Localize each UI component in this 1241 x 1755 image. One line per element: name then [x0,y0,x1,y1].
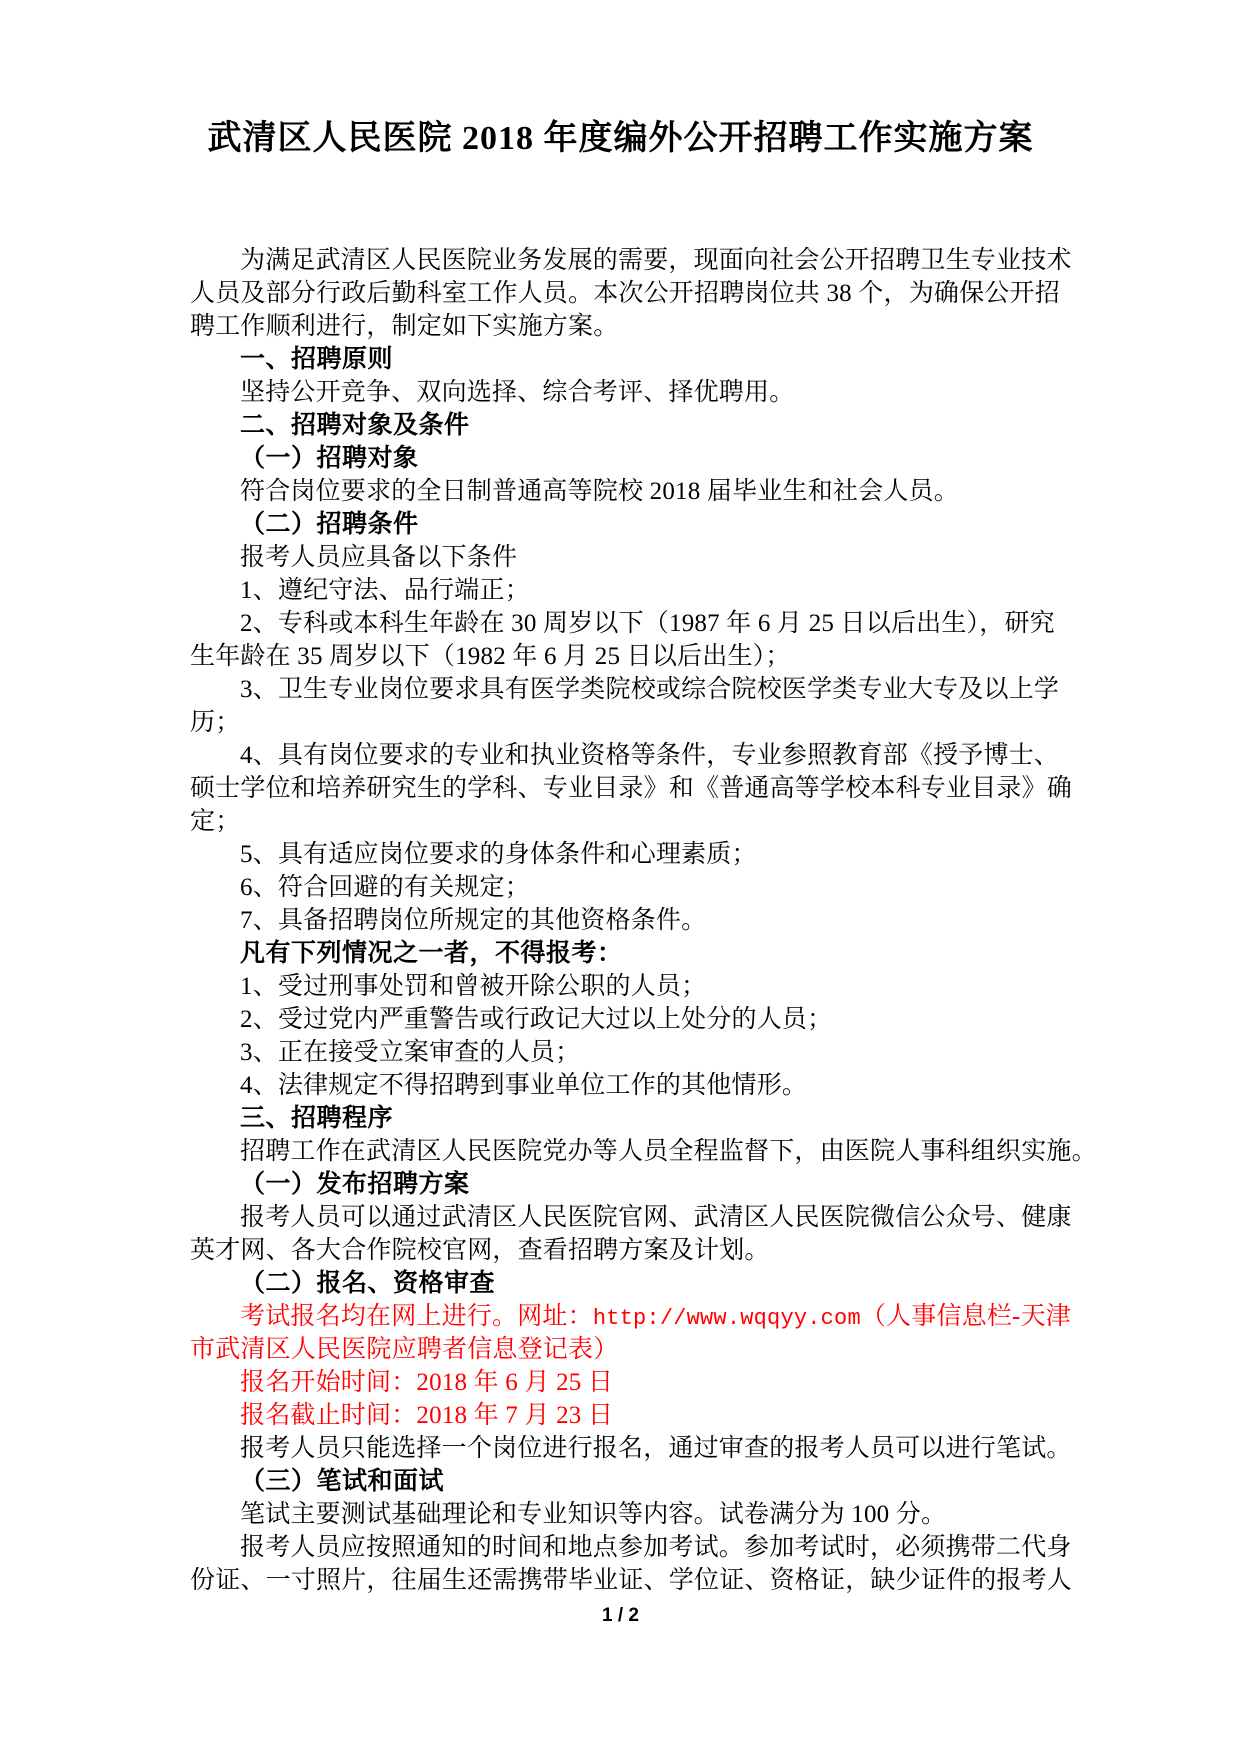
text-line: 4、具有岗位要求的专业和执业资格等条件，专业参照教育部《授予博士、 [190,739,1125,772]
text-segment: 人员及部分行政后勤科室工作人员。本次公开招聘岗位共 38 个，为确保公开招 [190,280,1060,307]
text-line: 报名截止时间：2018 年 7 月 23 日 [190,1399,1125,1432]
text-segment: 生年龄在 35 周岁以下（1982 年 6 月 25 日以后出生）； [190,643,791,670]
text-line: 定； [190,805,1125,838]
text-segment: 7、具备招聘岗位所规定的其他资格条件。 [240,907,706,934]
text-line: 2、受过党内严重警告或行政记大过以上处分的人员； [190,1003,1125,1036]
text-line: 笔试主要测试基础理论和专业知识等内容。试卷满分为 100 分。 [190,1498,1125,1531]
text-segment: 一、招聘原则 [240,345,393,373]
text-line: 历； [190,706,1125,739]
text-segment: 2、受过党内严重警告或行政记大过以上处分的人员； [240,1006,832,1033]
text-line: 生年龄在 35 周岁以下（1982 年 6 月 25 日以后出生）； [190,640,1125,673]
text-segment: 报考人员应具备以下条件 [240,544,517,571]
text-line: 报考人员只能选择一个岗位进行报名，通过审查的报考人员可以进行笔试。 [190,1432,1125,1465]
text-line: 英才网、各大合作院校官网，查看招聘方案及计划。 [190,1234,1125,1267]
text-segment: 报名截止时间：2018 年 7 月 23 日 [240,1402,613,1429]
text-line: 4、法律规定不得招聘到事业单位工作的其他情形。 [190,1069,1125,1102]
text-line: 6、符合回避的有关规定； [190,871,1125,904]
text-segment: 5、具有适应岗位要求的身体条件和心理素质； [240,841,757,868]
text-line: 二、招聘对象及条件 [190,409,1125,442]
text-line: 市武清区人民医院应聘者信息登记表） [190,1333,1125,1366]
page-number: 1 / 2 [0,1603,1241,1629]
text-segment: （一）招聘对象 [240,444,419,472]
text-segment: （一）发布招聘方案 [240,1170,470,1198]
text-segment: 招聘工作在武清区人民医院党办等人员全程监督下，由医院人事科组织实施。 [240,1138,1097,1165]
text-line: （一）招聘对象 [190,442,1125,475]
text-segment: 3、正在接受立案审查的人员； [240,1039,580,1066]
text-segment: 份证、一寸照片，往届生还需携带毕业证、学位证、资格证，缺少证件的报考人 [190,1567,1072,1594]
text-line: 一、招聘原则 [190,343,1125,376]
text-line: 符合岗位要求的全日制普通高等院校 2018 届毕业生和社会人员。 [190,475,1125,508]
document-page: 武清区人民医院 2018 年度编外公开招聘工作实施方案 为满足武清区人民医院业务… [0,0,1241,1755]
text-segment: （三）笔试和面试 [240,1467,444,1495]
text-line: 1、受过刑事处罚和曾被开除公职的人员； [190,970,1125,1003]
text-line: 三、招聘程序 [190,1102,1125,1135]
text-line: 报考人员应按照通知的时间和地点参加考试。参加考试时，必须携带二代身 [190,1531,1125,1564]
text-segment: 报名开始时间：2018 年 6 月 25 日 [240,1369,613,1396]
text-line: 硕士学位和培养研究生的学科、专业目录》和《普通高等学校本科专业目录》确 [190,772,1125,805]
text-segment: 6、符合回避的有关规定； [240,874,530,901]
text-segment: 市武清区人民医院应聘者信息登记表） [190,1336,618,1363]
document-body: 为满足武清区人民医院业务发展的需要，现面向社会公开招聘卫生专业技术人员及部分行政… [190,244,1125,1597]
text-segment: 聘工作顺利进行，制定如下实施方案。 [190,313,618,340]
text-segment: 坚持公开竞争、双向选择、综合考评、择优聘用。 [240,379,794,406]
text-line: 份证、一寸照片，往届生还需携带毕业证、学位证、资格证，缺少证件的报考人 [190,1564,1125,1597]
text-line: 招聘工作在武清区人民医院党办等人员全程监督下，由医院人事科组织实施。 [190,1135,1125,1168]
text-segment: （二）招聘条件 [240,510,419,538]
text-segment: 为满足武清区人民医院业务发展的需要，现面向社会公开招聘卫生专业技术 [240,247,1072,274]
text-segment: 历； [190,709,240,736]
url-text: http://www.wqqyy.com [593,1306,861,1331]
text-line: 为满足武清区人民医院业务发展的需要，现面向社会公开招聘卫生专业技术 [190,244,1125,277]
text-line: 1、遵纪守法、品行端正； [190,574,1125,607]
text-segment: 英才网、各大合作院校官网，查看招聘方案及计划。 [190,1237,770,1264]
text-segment: 二、招聘对象及条件 [240,411,470,439]
text-line: （三）笔试和面试 [190,1465,1125,1498]
text-line: 3、卫生专业岗位要求具有医学类院校或综合院校医学类专业大专及以上学 [190,673,1125,706]
text-segment: 考试报名均在网上进行。网址： [240,1303,593,1330]
text-segment: 4、具有岗位要求的专业和执业资格等条件，专业参照教育部《授予博士、 [240,742,1059,769]
text-segment: 笔试主要测试基础理论和专业知识等内容。试卷满分为 100 分。 [240,1501,946,1528]
text-segment: 1、受过刑事处罚和曾被开除公职的人员； [240,973,706,1000]
text-segment: 硕士学位和培养研究生的学科、专业目录》和《普通高等学校本科专业目录》确 [190,775,1072,802]
page-title: 武清区人民医院 2018 年度编外公开招聘工作实施方案 [0,116,1241,162]
text-line: 2、专科或本科生年龄在 30 周岁以下（1987 年 6 月 25 日以后出生）… [190,607,1125,640]
text-line: 7、具备招聘岗位所规定的其他资格条件。 [190,904,1125,937]
text-line: 报考人员应具备以下条件 [190,541,1125,574]
text-line: （二）招聘条件 [190,508,1125,541]
text-segment: 定； [190,808,240,835]
text-segment: 1、遵纪守法、品行端正； [240,577,530,604]
text-line: 报名开始时间：2018 年 6 月 25 日 [190,1366,1125,1399]
text-line: 报考人员可以通过武清区人民医院官网、武清区人民医院微信公众号、健康 [190,1201,1125,1234]
text-segment: 报考人员可以通过武清区人民医院官网、武清区人民医院微信公众号、健康 [240,1204,1072,1231]
text-line: 3、正在接受立案审查的人员； [190,1036,1125,1069]
text-line: 坚持公开竞争、双向选择、综合考评、择优聘用。 [190,376,1125,409]
text-line: 考试报名均在网上进行。网址：http://www.wqqyy.com（人事信息栏… [190,1300,1125,1333]
text-line: 凡有下列情况之一者，不得报考： [190,937,1125,970]
text-segment: 3、卫生专业岗位要求具有医学类院校或综合院校医学类专业大专及以上学 [240,676,1059,703]
text-segment: （二）报名、资格审查 [240,1269,495,1297]
text-line: （二）报名、资格审查 [190,1267,1125,1300]
text-segment: 三、招聘程序 [240,1104,393,1132]
text-segment: 报考人员应按照通知的时间和地点参加考试。参加考试时，必须携带二代身 [240,1534,1072,1561]
text-segment: 4、法律规定不得招聘到事业单位工作的其他情形。 [240,1072,807,1099]
text-segment: （人事信息栏-天津 [861,1303,1071,1330]
text-segment: 符合岗位要求的全日制普通高等院校 2018 届毕业生和社会人员。 [240,478,959,505]
text-line: （一）发布招聘方案 [190,1168,1125,1201]
text-line: 5、具有适应岗位要求的身体条件和心理素质； [190,838,1125,871]
text-segment: 2、专科或本科生年龄在 30 周岁以下（1987 年 6 月 25 日以后出生）… [240,610,1055,637]
text-line: 人员及部分行政后勤科室工作人员。本次公开招聘岗位共 38 个，为确保公开招 [190,277,1125,310]
text-segment: 凡有下列情况之一者，不得报考： [240,939,623,967]
text-segment: 报考人员只能选择一个岗位进行报名，通过审查的报考人员可以进行笔试。 [240,1435,1072,1462]
text-line: 聘工作顺利进行，制定如下实施方案。 [190,310,1125,343]
